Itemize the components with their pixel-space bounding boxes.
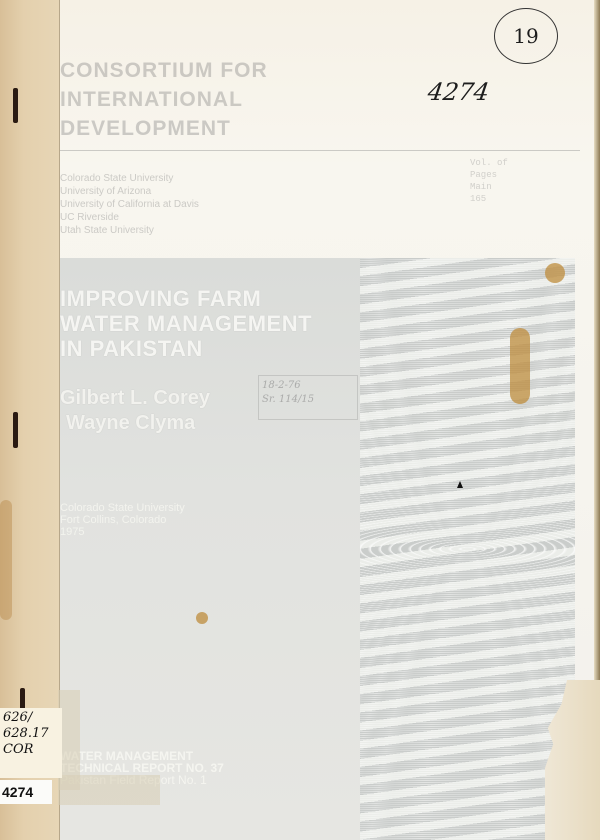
circled-number: 19: [494, 8, 558, 64]
call-number-label: 626/ 628.17 COR: [0, 708, 62, 778]
water-stain: [0, 500, 12, 620]
stain: [545, 263, 565, 283]
institution: Colorado State University: [60, 172, 199, 185]
fragment: Main: [470, 181, 508, 193]
call-number-line: 628.17: [3, 726, 59, 742]
publisher-line: Colorado State University: [60, 502, 185, 514]
handwritten-accession: 4274: [426, 78, 491, 106]
report-title: IMPROVING FARM WATER MANAGEMENT IN PAKIS…: [60, 286, 312, 361]
wave-pattern: [360, 258, 575, 840]
stain: [510, 328, 530, 404]
institution: University of California at Davis: [60, 198, 199, 211]
stamp-line: Sr. 114/15: [262, 393, 354, 407]
binding-staple-mark: [13, 412, 18, 448]
institution: University of Arizona: [60, 185, 199, 198]
title-line: IN PAKISTAN: [60, 336, 312, 361]
circled-number-text: 19: [513, 24, 538, 48]
consortium-header: CONSORTIUM FOR INTERNATIONAL DEVELOPMENT: [60, 56, 268, 143]
member-institutions: Colorado State University University of …: [60, 172, 199, 237]
stamp-line: 18-2-76: [262, 379, 354, 393]
call-number-line: COR: [3, 742, 59, 758]
tape: [58, 775, 160, 805]
header-line: CONSORTIUM FOR: [60, 56, 268, 85]
publisher-line: Fort Collins, Colorado: [60, 514, 185, 526]
call-number-line: 626/: [3, 710, 59, 726]
publisher-info: Colorado State University Fort Collins, …: [60, 502, 185, 538]
author: Gilbert L. Corey: [60, 386, 210, 411]
title-line: WATER MANAGEMENT: [60, 311, 312, 336]
divider: [60, 150, 580, 151]
fragment: Pages: [470, 169, 508, 181]
publisher-line: 1975: [60, 526, 185, 538]
accession-label: 4274: [0, 780, 52, 804]
fragment: Vol. of: [470, 157, 508, 169]
right-column-fragments: Vol. of Pages Main 165: [470, 157, 508, 205]
fragment: 165: [470, 193, 508, 205]
institution: Utah State University: [60, 224, 199, 237]
stain: [196, 612, 208, 624]
binding-staple-mark: [13, 88, 18, 123]
author: Wayne Clyma: [60, 411, 210, 436]
title-line: IMPROVING FARM: [60, 286, 312, 311]
header-line: INTERNATIONAL: [60, 85, 268, 114]
date-stamp: 18-2-76 Sr. 114/15: [258, 375, 358, 420]
binding-staple-mark: [20, 688, 25, 710]
header-line: DEVELOPMENT: [60, 114, 268, 143]
authors: Gilbert L. Corey Wayne Clyma: [60, 386, 210, 436]
institution: UC Riverside: [60, 211, 199, 224]
